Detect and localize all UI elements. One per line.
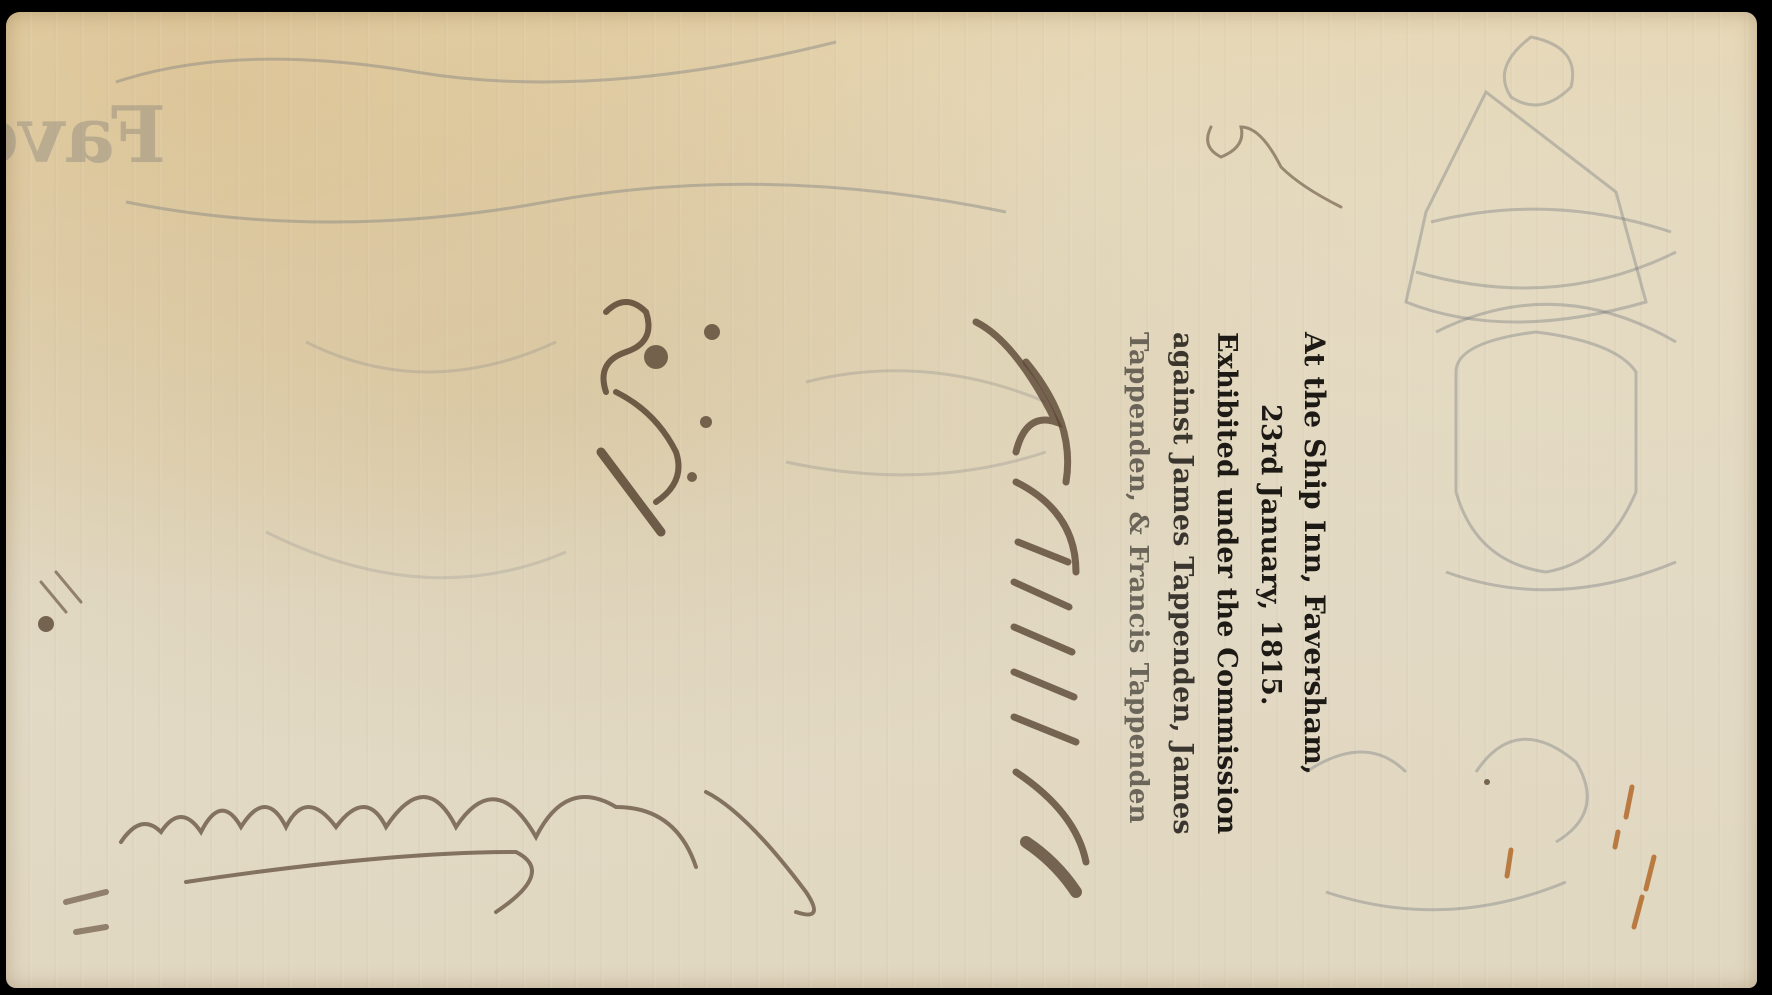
small-mark-top [1208, 127, 1341, 207]
stamp-line-names: Tappenden, & Francis Tappenden [1116, 332, 1160, 832]
upside-down-signature [121, 792, 814, 915]
stamp-line-exhibited: Exhibited under the Commission [1204, 332, 1248, 832]
stamp-line-against: against James Tappenden, James [1160, 332, 1204, 832]
banknote-reverse: Faversham Bank One Pound [6, 12, 1757, 988]
printed-stamp: At the Ship Inn, Faversham, 23rd January… [1006, 332, 1336, 832]
stamp-line-date: 23rd January, 1815. [1248, 332, 1292, 832]
stamp-line-location: At the Ship Inn, Faversham, [1292, 332, 1336, 832]
handwritten-number [601, 302, 679, 532]
handwriting-layer [6, 12, 1757, 988]
